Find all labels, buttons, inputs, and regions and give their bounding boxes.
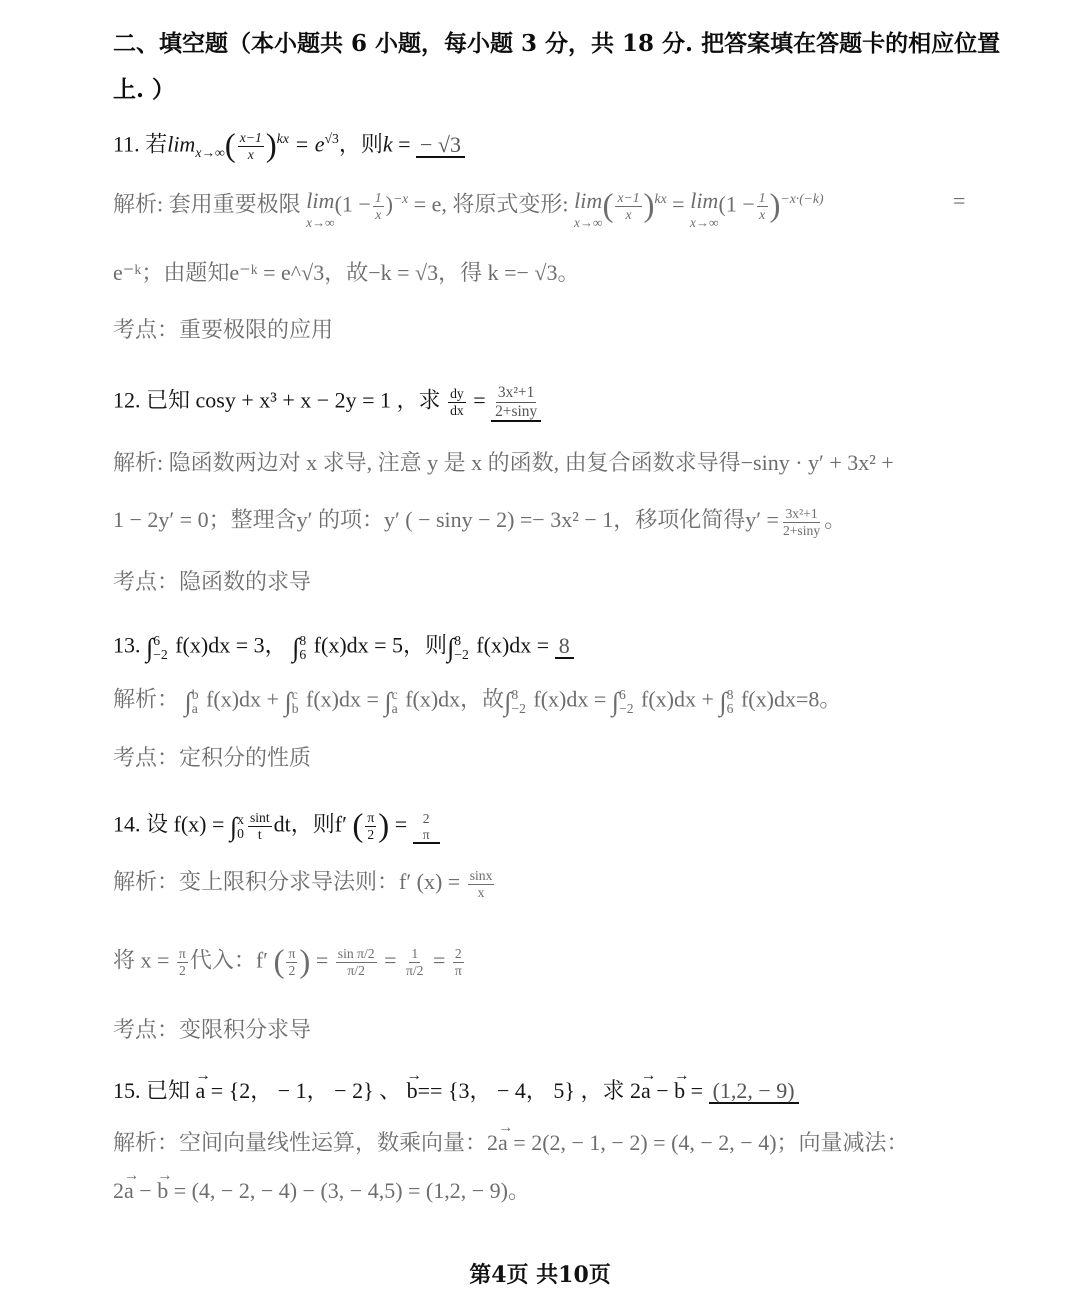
integral-icon: ∫ <box>146 632 153 662</box>
section-heading: 二、填空题（本小题共 6 小题，每小题 3 分，共 18 分. 把答案填在答题卡… <box>113 32 1000 55</box>
exponent: −x·(−k) <box>781 191 824 206</box>
exam-page: 二、填空题（本小题共 6 小题，每小题 3 分，共 18 分. 把答案填在答题卡… <box>0 0 1080 1312</box>
question-11: 11. 若limx→∞(x−1x)kx = e√3，则k = − √3 <box>113 130 465 163</box>
fraction: sintt <box>248 810 272 842</box>
solution-11-line2: e⁻ᵏ；由题知e⁻ᵏ = e^√3，故−k = √3，得 k =− √3。 <box>113 262 579 284</box>
exponent: −x <box>393 191 408 206</box>
derivative-fraction: dydx <box>448 386 466 418</box>
question-number: 14. <box>113 812 141 837</box>
math-text: = {2， − 1， − 2} 、 <box>205 1078 406 1103</box>
integral-icon: ∫ <box>230 811 237 841</box>
math-text: f(x)dx = <box>471 633 555 658</box>
equation-text: = <box>389 812 412 837</box>
lim-block: limx→∞ <box>306 190 334 229</box>
math-text: == {3， − 4， 5} ，求 2 <box>418 1078 641 1103</box>
math-text: (1 − <box>335 192 371 217</box>
question-number: 11. <box>113 132 140 157</box>
vector-a: a <box>641 1080 651 1102</box>
lim-symbol: lim <box>167 132 195 157</box>
integral-limits: 86 <box>299 634 306 661</box>
solution-14-line1: 解析：变上限积分求导法则：f′ (x) = sinxx <box>113 868 496 900</box>
answer-blank: − √3 <box>416 134 465 158</box>
exponent: √3 <box>325 131 339 146</box>
integral-limits: x0 <box>237 813 244 840</box>
prompt-text: 已知 <box>146 1078 196 1103</box>
page-footer: 第4页 共10页 <box>0 1258 1080 1289</box>
math-text: = <box>953 190 965 212</box>
fraction: 3x²+12+siny <box>781 506 822 538</box>
section-heading-cont: 上. ） <box>113 78 175 101</box>
math-text: = <box>667 192 690 217</box>
fraction: sinxx <box>468 868 495 900</box>
exponent: kx <box>277 131 289 146</box>
exponent: kx <box>655 191 667 206</box>
fraction: 1x <box>757 190 768 222</box>
prompt-text: 若 <box>145 132 167 157</box>
integral-limits: 8−2 <box>454 634 469 661</box>
vector-b: b <box>407 1080 418 1102</box>
math-text: dt，则f′ <box>274 812 347 837</box>
lim-block: limx→∞ <box>574 190 602 229</box>
prompt-text: 已知 cosy + x³ + x − 2y = 1 ，求 <box>146 387 441 412</box>
lim-block: limx→∞ <box>690 190 718 229</box>
question-number: 15. <box>113 1078 141 1103</box>
key-point-12: 考点：隐函数的求导 <box>113 572 311 594</box>
solution-12-line2: 1 − 2y′ = 0；整理含y′ 的项：y′ ( − siny − 2) =−… <box>113 506 846 538</box>
math-text: = e, 将原式变形: <box>408 192 574 217</box>
fraction: x−1x <box>238 130 264 162</box>
question-12: 12. 已知 cosy + x³ + x − 2y = 1 ，求 dydx = … <box>113 384 541 422</box>
lim-subscript: x→∞ <box>195 145 224 160</box>
solution-11-line1: 解析: 套用重要极限 limx→∞(1 −1x)−x = e, 将原式变形: l… <box>113 190 824 229</box>
math-text: 1 − 2y′ = 0；整理含y′ 的项：y′ ( − siny − 2) =−… <box>113 507 779 532</box>
equation-text: = <box>393 132 416 157</box>
math-text: 解析：变上限积分求导法则：f′ (x) = <box>113 869 466 894</box>
key-point-11: 考点：重要极限的应用 <box>113 320 333 342</box>
equation-text: = e <box>289 132 325 157</box>
prompt-text: 设 f(x) = <box>146 812 230 837</box>
question-14: 14. 设 f(x) = ∫x0sinttdt，则f′ (π2) = 2π <box>113 810 440 844</box>
punctuation: 。 <box>824 507 846 532</box>
answer-blank: 8 <box>555 635 574 659</box>
fraction: π2 <box>365 810 376 842</box>
prompt-text: ，则 <box>339 132 383 157</box>
fraction: 1x <box>373 190 384 222</box>
answer-blank: 2π <box>413 811 440 844</box>
answer-blank: (1,2, − 9) <box>709 1080 799 1104</box>
math-text: f(x)dx = 3， <box>170 633 287 658</box>
math-text: (1 − <box>719 192 755 217</box>
question-15: 15. 已知 a = {2， − 1， − 2} 、 b== {3， − 4， … <box>113 1080 799 1104</box>
solution-15-line2: 2a − b = (4, − 2, − 4) − (3, − 4,5) = (1… <box>113 1180 530 1202</box>
key-point-14: 考点：变限积分求导 <box>113 1020 311 1042</box>
integral-icon: ∫ <box>292 632 299 662</box>
solution-15-line1: 解析：空间向量线性运算，数乘向量：2a = 2(2, − 1, − 2) = (… <box>113 1132 909 1154</box>
fraction: x−1x <box>615 190 641 222</box>
key-point-13: 考点：定积分的性质 <box>113 748 311 770</box>
variable: k <box>383 132 393 157</box>
vector-b: b <box>674 1080 685 1102</box>
solution-14-line2: 将 x = π2代入：f′ (π2) = sin π/2π/2 = 1π/2 =… <box>113 946 466 979</box>
answer-blank: 3x²+12+siny <box>491 384 541 422</box>
question-number: 12. <box>113 387 141 412</box>
question-number: 13. <box>113 633 141 658</box>
solution-12-line1: 解析: 隐函数两边对 x 求导, 注意 y 是 x 的函数, 由复合函数求导得−… <box>113 452 894 474</box>
vector-a: a <box>196 1080 206 1102</box>
solution-label: 解析: 套用重要极限 <box>113 192 301 217</box>
integral-limits: 6−2 <box>153 634 168 661</box>
solution-13: 解析： ∫ba f(x)dx + ∫cb f(x)dx = ∫ca f(x)dx… <box>113 688 841 715</box>
question-13: 13. ∫6−2 f(x)dx = 3， ∫86 f(x)dx = 5，则∫8−… <box>113 634 574 661</box>
math-text: f(x)dx = 5，则 <box>308 633 447 658</box>
solution-label: 解析： <box>113 687 179 712</box>
integral-icon: ∫ <box>447 632 454 662</box>
equation-text: = <box>468 387 491 412</box>
